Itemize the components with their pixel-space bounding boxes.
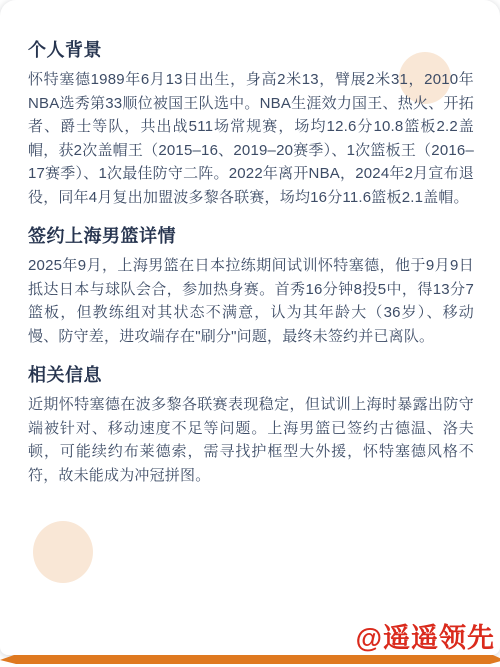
info-card-page: 个人背景 怀特塞德1989年6月13日出生，身高2米13，臂展2米31，2010… — [0, 0, 500, 667]
section-body-shanghai-signing-details: 2025年9月，上海男篮在日本拉练期间试训怀特塞德，他于9月9日抵达日本与球队会… — [28, 254, 474, 348]
section-related-info: 相关信息 近期怀特塞德在波多黎各联赛表现稳定，但试训上海时暴露出防守端被针对、移… — [28, 365, 474, 487]
card-inner: 个人背景 怀特塞德1989年6月13日出生，身高2米13，臂展2米31，2010… — [0, 0, 500, 655]
section-shanghai-signing-details: 签约上海男篮详情 2025年9月，上海男篮在日本拉练期间试训怀特塞德，他于9月9… — [28, 226, 474, 348]
content-card: 个人背景 怀特塞德1989年6月13日出生，身高2米13，臂展2米31，2010… — [0, 0, 500, 655]
section-heading-related-info: 相关信息 — [28, 365, 474, 385]
section-body-personal-background: 怀特塞德1989年6月13日出生，身高2米13，臂展2米31，2010年NBA选… — [28, 68, 474, 209]
section-personal-background: 个人背景 怀特塞德1989年6月13日出生，身高2米13，臂展2米31，2010… — [28, 40, 474, 209]
section-heading-personal-background: 个人背景 — [28, 40, 474, 60]
section-body-related-info: 近期怀特塞德在波多黎各联赛表现稳定，但试训上海时暴露出防守端被针对、移动速度不足… — [28, 393, 474, 487]
section-heading-shanghai-signing-details: 签约上海男篮详情 — [28, 226, 474, 246]
bottom-ribbon — [0, 655, 500, 664]
watermark: @遥遥领先 — [356, 625, 495, 652]
card-content: 个人背景 怀特塞德1989年6月13日出生，身高2米13，臂展2米31，2010… — [28, 40, 474, 487]
